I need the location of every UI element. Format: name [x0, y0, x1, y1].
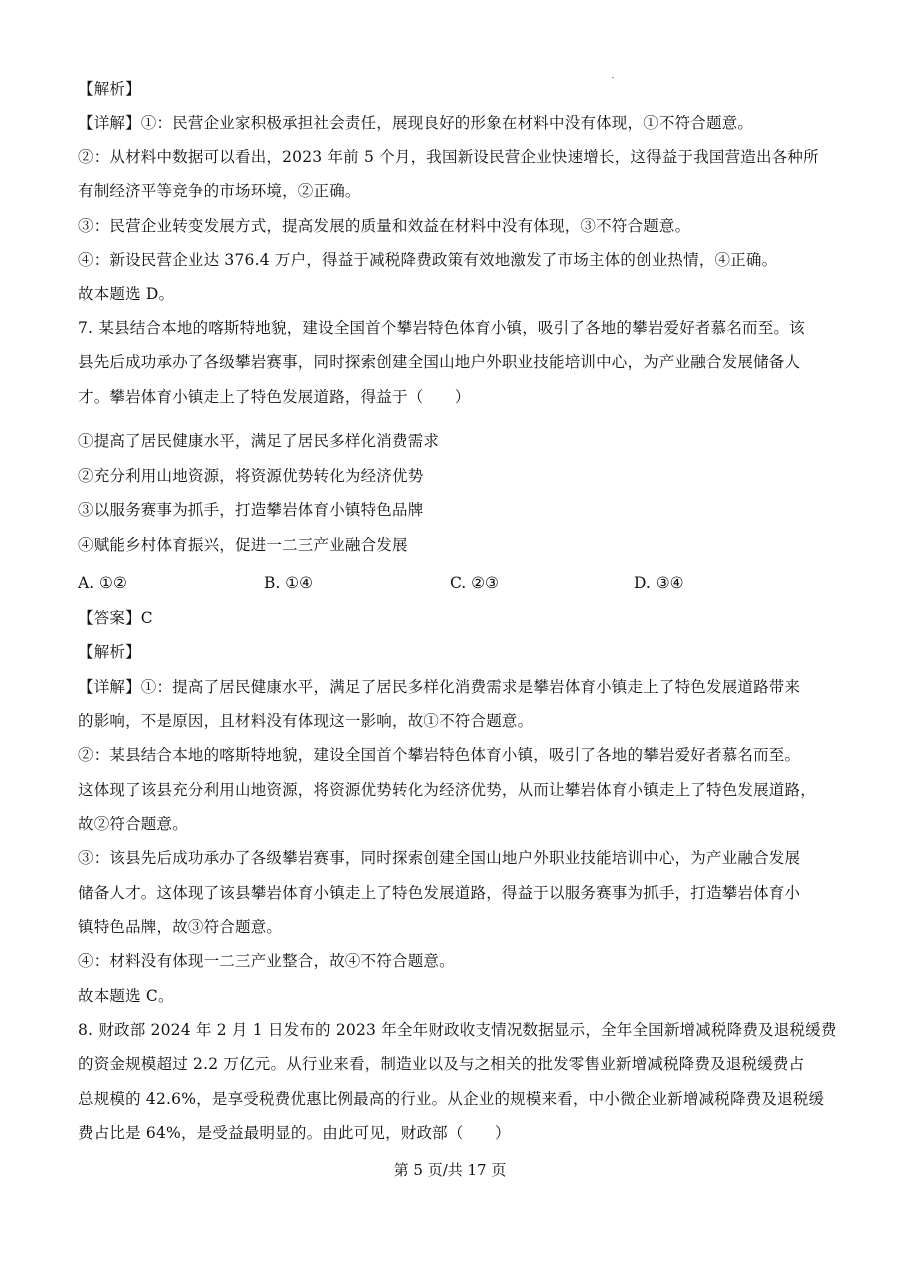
- analysis-detail-4: ④：新设民营企业达 376.4 万户，得益于减税降费政策有效地激发了市场主体的创…: [78, 250, 777, 270]
- q7-detail-1b: 的影响，不是原因，且材料没有体现这一影响，故①不符合题意。: [78, 711, 533, 731]
- analysis-label: 【解析】: [78, 79, 141, 99]
- analysis-detail-2a: ②：从材料中数据可以看出，2023 年前 5 个月，我国新设民营企业快速增长，这…: [78, 147, 819, 167]
- analysis-detail-2b: 有制经济平等竞争的市场环境，②正确。: [78, 181, 361, 201]
- option-a: A. ①②: [78, 573, 127, 593]
- question-8-stem-3: 总规模的 42.6%，是享受税费优惠比例最高的行业。从企业的规模来看，中小微企业…: [78, 1089, 824, 1109]
- q7-detail-4: ④：材料没有体现一二三产业整合，故④不符合题意。: [78, 951, 455, 971]
- q7-detail-2c: 故②符合题意。: [78, 814, 188, 834]
- statement-2: ②充分利用山地资源，将资源优势转化为经济优势: [78, 466, 423, 486]
- statement-3: ③以服务赛事为抓手，打造攀岩体育小镇特色品牌: [78, 500, 423, 520]
- q7-detail-2b: 这体现了该县充分利用山地资源，将资源优势转化为经济优势，从而让攀岩体育小镇走上了…: [78, 780, 816, 800]
- question-8-stem-4: 费占比是 64%，是受益最明显的。由此可见，财政部（ ）: [78, 1123, 511, 1143]
- page-footer: 第 5 页/共 17 页: [0, 1160, 900, 1180]
- analysis-label-q7: 【解析】: [78, 642, 141, 662]
- question-7-stem-3: 才。攀岩体育小镇走上了特色发展道路，得益于（ ）: [78, 387, 471, 407]
- question-8-stem-1: 8. 财政部 2024 年 2 月 1 日发布的 2023 年全年财政收支情况数…: [78, 1020, 837, 1040]
- analysis-detail-3: ③：民营企业转变发展方式，提高发展的质量和效益在材料中没有体现，③不符合题意。: [78, 216, 690, 236]
- statement-4: ④赋能乡村体育振兴，促进一二三产业融合发展: [78, 535, 408, 555]
- option-d: D. ③④: [634, 573, 684, 593]
- q7-detail-3c: 镇特色品牌，故③符合题意。: [78, 917, 282, 937]
- question-7-stem-1: 7. 某县结合本地的喀斯特地貌，建设全国首个攀岩特色体育小镇，吸引了各地的攀岩爱…: [78, 318, 805, 338]
- analysis-conclusion: 故本题选 D。: [78, 284, 174, 304]
- q7-detail-3b: 储备人才。这体现了该县攀岩体育小镇走上了特色发展道路，得益于以服务赛事为抓手，打…: [78, 883, 800, 903]
- q7-detail-2a: ②：某县结合本地的喀斯特地貌，建设全国首个攀岩特色体育小镇，吸引了各地的攀岩爱好…: [78, 745, 800, 765]
- scan-artifact-dot: [612, 77, 614, 78]
- option-b: B. ①④: [264, 573, 313, 593]
- q7-detail-3a: ③：该县先后成功承办了各级攀岩赛事，同时探索创建全国山地户外职业技能培训中心，为…: [78, 848, 800, 868]
- question-8-stem-2: 的资金规模超过 2.2 万亿元。从行业来看，制造业以及与之相关的批发零售业新增减…: [78, 1054, 804, 1074]
- analysis-detail-1: 【详解】①：民营企业家积极承担社会责任，展现良好的形象在材料中没有体现，①不符合…: [78, 113, 753, 133]
- option-c: C. ②③: [450, 573, 499, 593]
- q7-detail-1a: 【详解】①：提高了居民健康水平，满足了居民多样化消费需求是攀岩体育小镇走上了特色…: [78, 677, 800, 697]
- question-7-stem-2: 县先后成功承办了各级攀岩赛事，同时探索创建全国山地户外职业技能培训中心，为产业融…: [78, 352, 800, 372]
- statement-1: ①提高了居民健康水平，满足了居民多样化消费需求: [78, 431, 439, 451]
- q7-conclusion: 故本题选 C。: [78, 986, 174, 1006]
- answer-label: 【答案】C: [78, 608, 153, 628]
